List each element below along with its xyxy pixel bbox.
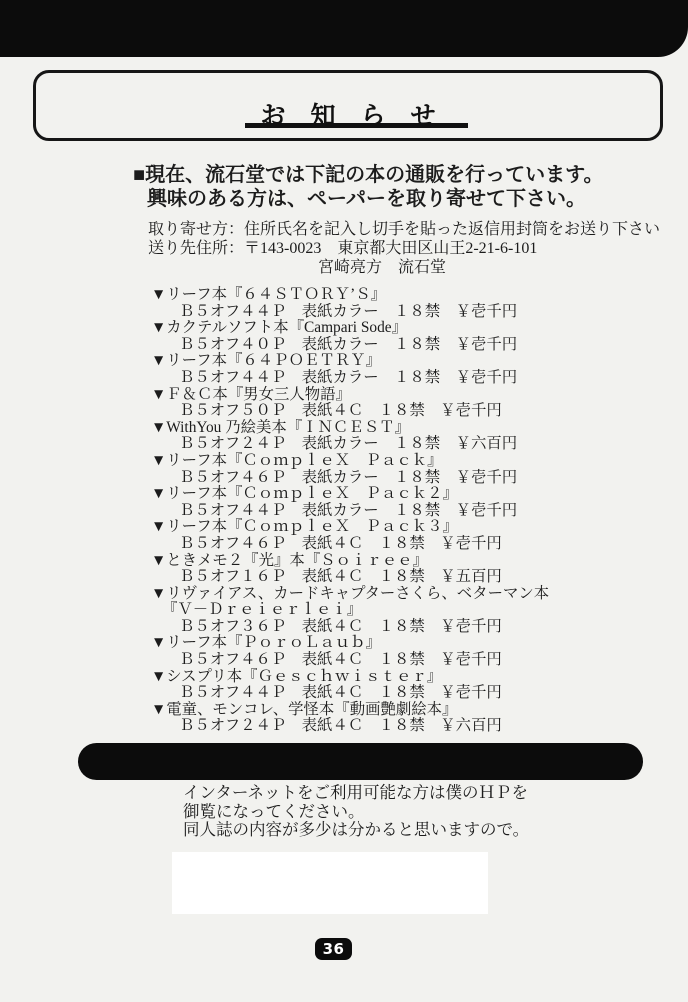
page-number-badge: 36 [315,938,352,960]
book-title: ▼リーフ本『６４ＰＯＥＴＲＹ』 [151,353,549,370]
book-row: ▼WithYou 乃絵美本『ＩＮＣＥＳＴ』 Ｂ５オフ２４Ｐ 表紙カラー １８禁 … [151,420,549,453]
book-title: ▼シスプリ本『Ｇｅｓｃｈｗｉｓｔｅｒ』 [151,669,549,686]
book-title: ▼リーフ本『６４ＳＴＯＲＹ’Ｓ』 [151,287,549,304]
book-row: ▼リヴァイアス、カードキャプターさくら、ベターマン本 『Ｖ－Ｄｒｅｉｅｒｌｅｉ』… [151,586,549,636]
book-detail: Ｂ５オフ４４Ｐ 表紙カラー １８禁 ￥壱千円 [151,370,549,387]
intro-text: ■現在、流石堂では下記の本の通販を行っています。 興味のある方は、ペーパーを取り… [133,163,603,211]
order-addressee: 宮崎亮方 流石堂 [148,258,660,277]
order-info: 取り寄せ方：住所氏名を記入し切手を貼った返信用封筒をお送り下さい 送り先住所：〒… [148,220,660,277]
hp-note-line-2: 御覧になってください。 [183,803,529,822]
book-detail: Ｂ５オフ２４Ｐ 表紙カラー １８禁 ￥六百円 [151,436,549,453]
notice-header-box: お 知 ら せ [33,70,663,141]
book-title: ▼リーフ本『ＣｏｍｐｌｅＸ Ｐａｃｋ３』 [151,519,549,536]
notice-title-underline [245,123,468,128]
book-list: ▼リーフ本『６４ＳＴＯＲＹ’Ｓ』 Ｂ５オフ４４Ｐ 表紙カラー １８禁 ￥壱千円 … [151,287,549,735]
book-row: ▼リーフ本『ＣｏｍｐｌｅＸ Ｐａｃｋ』 Ｂ５オフ４６Ｐ 表紙カラー １８禁 ￥壱… [151,453,549,486]
intro-line-1: ■現在、流石堂では下記の本の通販を行っています。 [133,163,603,187]
book-title: ▼カクテルソフト本『Campari Sode』 [151,320,549,337]
book-title: ▼ときメモ２『光』本『Ｓｏｉｒｅｅ』 [151,553,549,570]
book-detail: Ｂ５オフ４０Ｐ 表紙カラー １８禁 ￥壱千円 [151,337,549,354]
page-top-black-band [0,0,688,57]
book-row: ▼カクテルソフト本『Campari Sode』 Ｂ５オフ４０Ｐ 表紙カラー １８… [151,320,549,353]
book-row: ▼ときメモ２『光』本『Ｓｏｉｒｅｅ』 Ｂ５オフ１６Ｐ 表紙４Ｃ １８禁 ￥五百円 [151,553,549,586]
redacted-black-bar [78,743,643,780]
book-row: ▼電童、モンコレ、学怪本『動画艶劇絵本』 Ｂ５オフ２４Ｐ 表紙４Ｃ １８禁 ￥六… [151,702,549,735]
hp-note: インターネットをご利用可能な方は僕のＨＰを 御覧になってください。 同人誌の内容… [183,784,529,840]
hp-note-line-3: 同人誌の内容が多少は分かると思いますので。 [183,821,529,840]
book-detail: Ｂ５オフ１６Ｐ 表紙４Ｃ １８禁 ￥五百円 [151,569,549,586]
book-title: ▼リヴァイアス、カードキャプターさくら、ベターマン本 [151,586,549,603]
book-title: ▼リーフ本『ＰｏｒｏＬａｕｂ』 [151,635,549,652]
book-row: ▼リーフ本『６４ＳＴＯＲＹ’Ｓ』 Ｂ５オフ４４Ｐ 表紙カラー １８禁 ￥壱千円 [151,287,549,320]
book-detail: Ｂ５オフ３６Ｐ 表紙４Ｃ １８禁 ￥壱千円 [151,619,549,636]
book-title-line2: 『Ｖ－Ｄｒｅｉｅｒｌｅｉ』 [151,602,549,619]
book-row: ▼リーフ本『ＣｏｍｐｌｅＸ Ｐａｃｋ３』 Ｂ５オフ４６Ｐ 表紙４Ｃ １８禁 ￥壱… [151,519,549,552]
book-row: ▼リーフ本『６４ＰＯＥＴＲＹ』 Ｂ５オフ４４Ｐ 表紙カラー １８禁 ￥壱千円 [151,353,549,386]
intro-line-2: 興味のある方は、ペーパーを取り寄せて下さい。 [133,187,603,211]
book-detail: Ｂ５オフ４６Ｐ 表紙カラー １８禁 ￥壱千円 [151,470,549,487]
book-detail: Ｂ５オフ２４Ｐ 表紙４Ｃ １８禁 ￥六百円 [151,718,549,735]
scanned-page: お 知 ら せ ■現在、流石堂では下記の本の通販を行っています。 興味のある方は… [0,0,688,1002]
redacted-white-box [172,852,488,914]
book-title: ▼リーフ本『ＣｏｍｐｌｅＸ Ｐａｃｋ２』 [151,486,549,503]
book-row: ▼Ｆ＆Ｃ本『男女三人物語』 Ｂ５オフ５０Ｐ 表紙４Ｃ １８禁 ￥壱千円 [151,387,549,420]
page-number: 36 [323,940,345,958]
book-row: ▼リーフ本『ＣｏｍｐｌｅＸ Ｐａｃｋ２』 Ｂ５オフ４４Ｐ 表紙カラー １８禁 ￥… [151,486,549,519]
book-row: ▼リーフ本『ＰｏｒｏＬａｕｂ』 Ｂ５オフ４６Ｐ 表紙４Ｃ １８禁 ￥壱千円 [151,635,549,668]
book-detail: Ｂ５オフ４４Ｐ 表紙４Ｃ １８禁 ￥壱千円 [151,685,549,702]
book-row: ▼シスプリ本『Ｇｅｓｃｈｗｉｓｔｅｒ』 Ｂ５オフ４４Ｐ 表紙４Ｃ １８禁 ￥壱千… [151,669,549,702]
book-title: ▼リーフ本『ＣｏｍｐｌｅＸ Ｐａｃｋ』 [151,453,549,470]
order-how-to: 取り寄せ方：住所氏名を記入し切手を貼った返信用封筒をお送り下さい [148,220,660,239]
book-detail: Ｂ５オフ４４Ｐ 表紙カラー １８禁 ￥壱千円 [151,503,549,520]
book-detail: Ｂ５オフ４４Ｐ 表紙カラー １８禁 ￥壱千円 [151,304,549,321]
book-detail: Ｂ５オフ５０Ｐ 表紙４Ｃ １８禁 ￥壱千円 [151,403,549,420]
book-title: ▼電童、モンコレ、学怪本『動画艶劇絵本』 [151,702,549,719]
order-address: 送り先住所：〒143-0023 東京都大田区山王2-21-6-101 [148,239,660,258]
book-title: ▼WithYou 乃絵美本『ＩＮＣＥＳＴ』 [151,420,549,437]
book-detail: Ｂ５オフ４６Ｐ 表紙４Ｃ １８禁 ￥壱千円 [151,536,549,553]
book-title: ▼Ｆ＆Ｃ本『男女三人物語』 [151,387,549,404]
hp-note-line-1: インターネットをご利用可能な方は僕のＨＰを [183,784,529,803]
book-detail: Ｂ５オフ４６Ｐ 表紙４Ｃ １８禁 ￥壱千円 [151,652,549,669]
